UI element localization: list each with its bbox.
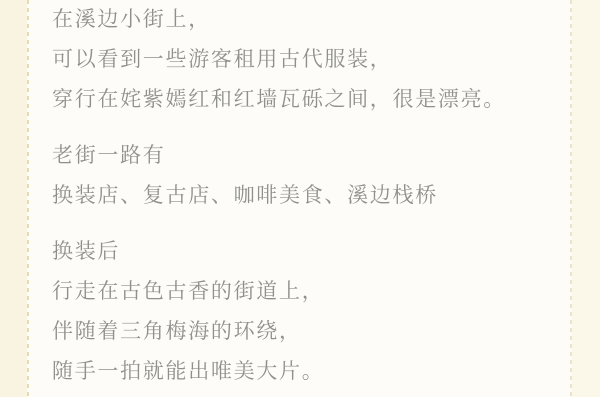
text-line: 换装店、复古店、咖啡美食、溪边栈桥 bbox=[52, 176, 560, 216]
left-margin-strip bbox=[0, 0, 27, 397]
text-line: 穿行在姹紫嫣红和红墙瓦砾之间，很是漂亮。 bbox=[52, 80, 560, 120]
article-body: 在溪边小街上， 可以看到一些游客租用古代服装， 穿行在姹紫嫣红和红墙瓦砾之间，很… bbox=[29, 0, 570, 397]
text-line: 随手一拍就能出唯美大片。 bbox=[52, 352, 560, 392]
text-line: 伴随着三角梅海的环绕， bbox=[52, 312, 560, 352]
paragraph-after-costume-change: 换装后 行走在古色古香的街道上， 伴随着三角梅海的环绕， 随手一拍就能出唯美大片… bbox=[52, 232, 560, 392]
paragraph-old-street-shops: 老街一路有 换装店、复古店、咖啡美食、溪边栈桥 bbox=[52, 136, 560, 216]
page: 在溪边小街上， 可以看到一些游客租用古代服装， 穿行在姹紫嫣红和红墙瓦砾之间，很… bbox=[0, 0, 600, 397]
text-line: 老街一路有 bbox=[52, 136, 560, 176]
text-line: 可以看到一些游客租用古代服装， bbox=[52, 40, 560, 80]
paragraph-street-scene: 在溪边小街上， 可以看到一些游客租用古代服装， 穿行在姹紫嫣红和红墙瓦砾之间，很… bbox=[52, 0, 560, 120]
text-line: 换装后 bbox=[52, 232, 560, 272]
text-line: 在溪边小街上， bbox=[52, 0, 560, 40]
right-margin-strip bbox=[572, 0, 600, 397]
text-line: 行走在古色古香的街道上， bbox=[52, 272, 560, 312]
